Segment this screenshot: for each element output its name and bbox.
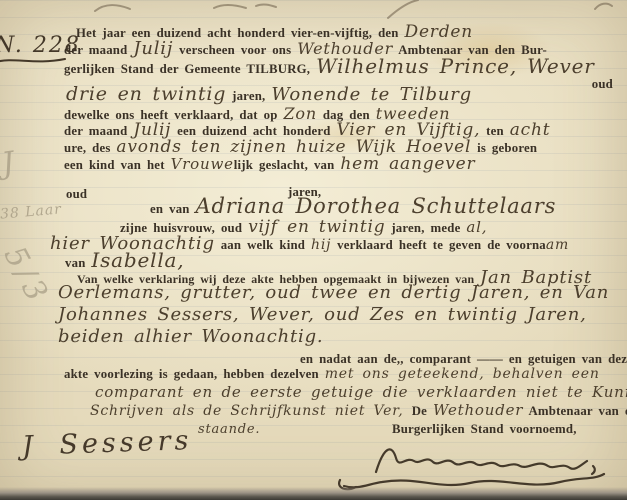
line-age-residence: drie en twintig jaren, Wonende te Tilbur… xyxy=(66,86,472,104)
printed-text: van xyxy=(65,256,91,270)
printed-text: der maand xyxy=(64,43,133,57)
handwritten-al: al, xyxy=(466,218,487,236)
printed-text: Ambtenaar van den xyxy=(523,404,627,418)
line-witness2: Johannes Sessers, Wever, oud Zes en twin… xyxy=(58,307,587,324)
handwritten-hour: acht xyxy=(510,120,551,140)
handwritten-cannot-write-2: Schrijven als de Schrijfkunst niet Ver, xyxy=(90,403,412,419)
line-reading-signing: akte voorlezing is gedaan, hebben dezelv… xyxy=(64,366,600,382)
handwritten-mother-name: Adriana Dorothea Schuttelaars xyxy=(196,194,557,218)
line-mother-name: en van Adriana Dorothea Schuttelaars xyxy=(150,198,556,217)
handwritten-weekday: Zon xyxy=(283,104,316,123)
printed-text: is geboren xyxy=(471,141,537,155)
handwritten-staande: staande. xyxy=(198,422,260,437)
printed-text: ure, des xyxy=(64,141,116,155)
handwritten-residence: Wonende te Tilburg xyxy=(271,84,472,105)
line-child-name: van Isabella, xyxy=(65,252,184,271)
printed-text: een kind van het xyxy=(64,158,171,172)
line-cannot-write-1: comparant en de eerste getuige die verkl… xyxy=(95,384,627,401)
register-page-scan: N. 228 J 38 Laar 5/3 Het jaar een duizen… xyxy=(0,0,627,500)
handwritten-signing-note: met ons geteekend, behalven een xyxy=(325,366,600,382)
printed-text: jaren, xyxy=(226,89,271,103)
printed-text: jaren, mede xyxy=(385,221,466,235)
line-staande: staande. xyxy=(198,421,260,438)
line-witnesses-residence: beiden alhier Woonachtig. xyxy=(58,329,323,346)
printed-text: oud xyxy=(66,187,87,201)
printed-text: De xyxy=(412,404,433,418)
previous-record-remnant-strokes xyxy=(0,0,627,20)
line-child-gender: een kind van het Vrouwelijk geslacht, va… xyxy=(64,156,475,173)
printed-text: gerlijken Stand der Gemeente TILBURG, xyxy=(64,62,316,76)
printed-text: een duizend acht honderd xyxy=(171,124,336,138)
line-oud-right: oud xyxy=(592,76,613,92)
printed-text: verklaard heeft te geven de voorna xyxy=(331,238,546,252)
printed-text: akte voorlezing is gedaan, hebben dezelv… xyxy=(64,367,325,381)
handwritten-cannot-write: comparant en de eerste getuige die verkl… xyxy=(95,383,627,401)
printed-text: Het jaar een duizend acht honderd vier-e… xyxy=(76,26,405,40)
line-cannot-write-2: Schrijven als de Schrijfkunst niet Ver, … xyxy=(90,402,627,419)
printed-text: ten xyxy=(480,124,509,138)
handwritten-month: Julij xyxy=(133,38,173,59)
printed-text: lijk geslacht, van xyxy=(234,158,341,172)
handwritten-child-name: Isabella, xyxy=(91,248,184,272)
handwritten-declarant-name: Wilhelmus Prince, Wever xyxy=(316,54,594,78)
handwritten-age: drie en twintig xyxy=(66,83,226,105)
printed-text: en van xyxy=(150,202,196,216)
line-oud-blank: oud xyxy=(66,186,87,202)
printed-text: aan welk kind xyxy=(215,238,311,252)
line-registrar-title: Burgerlijken Stand voornoemd, xyxy=(392,421,577,437)
handwritten-mother-age: vijf en twintig xyxy=(248,217,385,237)
line-witness1: Oerlemans, grutter, oud twee en dertig J… xyxy=(58,285,609,302)
printed-text: dewelke ons heeft verklaard, dat op xyxy=(64,108,283,122)
line-municipality-declarant: gerlijken Stand der Gemeente TILBURG, Wi… xyxy=(64,58,595,77)
printed-text: verscheen voor ons xyxy=(173,43,297,57)
handwritten-hij: hij xyxy=(311,237,331,253)
printed-text: oud xyxy=(592,77,613,91)
handwritten-am: am xyxy=(546,237,569,253)
handwritten-witnesses-residence: beiden alhier Woonachtig. xyxy=(58,326,323,347)
printed-text: der maand xyxy=(64,124,133,138)
handwritten-witness1-details: Oerlemans, grutter, oud twee en dertig J… xyxy=(58,282,609,303)
line-closing-printed: en nadat aan de,, comparant —— en getuig… xyxy=(300,351,627,367)
handwritten-witness2-details: Johannes Sessers, Wever, oud Zes en twin… xyxy=(58,304,587,325)
witness-signature: J Sessers xyxy=(22,425,193,462)
printed-text: Burgerlijken Stand voornoemd, xyxy=(392,422,577,436)
registrar-signature xyxy=(338,438,608,493)
handwritten-day: Derden xyxy=(405,22,474,42)
handwritten-official-title-2: Wethouder xyxy=(433,401,523,419)
handwritten-of-declarant: hem aangever xyxy=(340,154,475,174)
handwritten-gender: Vrouwe xyxy=(171,155,234,173)
printed-text: en nadat aan de,, comparant —— en getuig… xyxy=(300,352,627,366)
